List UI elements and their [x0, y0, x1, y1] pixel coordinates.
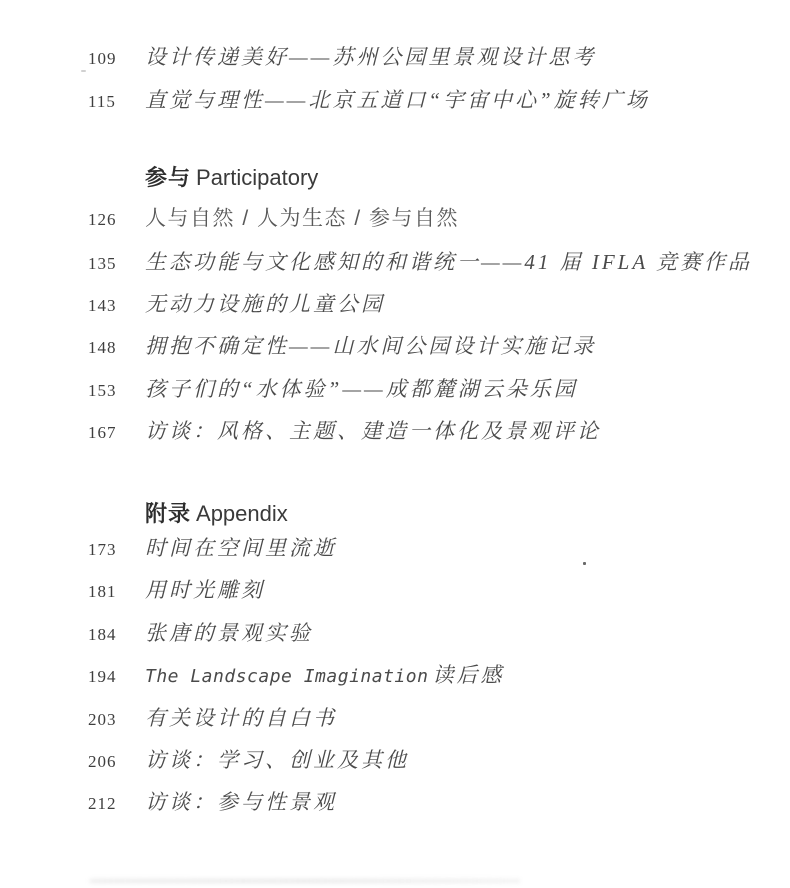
toc-entry: 203有关设计的自白书 [0, 705, 790, 734]
entry-title: 张唐的景观实验 [145, 621, 313, 645]
page-number: 126 [88, 207, 145, 233]
entry-title-english: The Landscape Imagination [145, 666, 428, 687]
toc-entry: 135生态功能与文化感知的和谐统一——41 届 IFLA 竞赛作品 [0, 249, 790, 278]
section-header: 参与Participatory [145, 164, 318, 195]
page-number: 194 [88, 664, 145, 690]
page-number: 206 [88, 749, 145, 775]
toc-entry: 184张唐的景观实验 [0, 620, 790, 649]
page-number: 135 [88, 251, 145, 277]
page-number: 184 [88, 622, 145, 648]
entry-title: 时间在空间里流逝 [145, 536, 337, 560]
page-number: 173 [88, 537, 145, 563]
entry-title: 访谈：风格、主题、建造一体化及景观评论 [145, 419, 601, 443]
page-number: 143 [88, 293, 145, 319]
page-number: 203 [88, 707, 145, 733]
entry-title: 用时光雕刻 [145, 578, 265, 602]
toc-entry: 194The Landscape Imagination 读后感 [0, 662, 790, 691]
scan-speck [81, 70, 86, 72]
section-header-en: Appendix [196, 501, 288, 526]
page-number: 167 [88, 420, 145, 446]
toc-page: 109设计传递美好——苏州公园里景观设计思考115直觉与理性——北京五道口“宇宙… [0, 0, 790, 888]
page-number: 109 [88, 46, 145, 72]
entry-title: 有关设计的自白书 [145, 706, 337, 730]
section-header: 附录Appendix [145, 500, 288, 531]
toc-entry: 109设计传递美好——苏州公园里景观设计思考 [0, 44, 790, 73]
entry-title: 设计传递美好——苏州公园里景观设计思考 [145, 45, 596, 69]
page-number: 148 [88, 335, 145, 361]
entry-title: 生态功能与文化感知的和谐统一——41 届 IFLA 竞赛作品 [145, 250, 752, 274]
section-header-en: Participatory [196, 165, 318, 190]
toc-entry: 143无动力设施的儿童公园 [0, 291, 790, 320]
scan-smudge [90, 879, 520, 883]
page-number: 181 [88, 579, 145, 605]
toc-entry: 115直觉与理性——北京五道口“宇宙中心”旋转广场 [0, 87, 790, 116]
section-header-zh: 参与 [145, 165, 191, 190]
entry-title: 无动力设施的儿童公园 [145, 292, 385, 316]
toc-entry: 206访谈：学习、创业及其他 [0, 747, 790, 776]
entry-title: 访谈：参与性景观 [145, 790, 337, 814]
entry-title: 拥抱不确定性——山水间公园设计实施记录 [145, 334, 596, 358]
entry-title: 孩子们的“水体验”——成都麓湖云朵乐园 [145, 377, 578, 401]
toc-entry: 173时间在空间里流逝 [0, 535, 790, 564]
toc-entry: 153孩子们的“水体验”——成都麓湖云朵乐园 [0, 376, 790, 405]
toc-entry: 126人与自然 / 人为生态 / 参与自然 [0, 206, 790, 234]
toc-entry: 212访谈：参与性景观 [0, 789, 790, 818]
page-number: 153 [88, 378, 145, 404]
toc-entry: 181用时光雕刻 [0, 577, 790, 606]
section-header-zh: 附录 [145, 501, 191, 526]
page-number: 115 [88, 89, 145, 115]
scan-speck [583, 562, 586, 565]
entry-title-chinese: 读后感 [432, 663, 504, 687]
toc-entry: 148拥抱不确定性——山水间公园设计实施记录 [0, 333, 790, 362]
entry-title: 直觉与理性——北京五道口“宇宙中心”旋转广场 [145, 88, 650, 112]
toc-entry: 167访谈：风格、主题、建造一体化及景观评论 [0, 418, 790, 447]
page-number: 212 [88, 791, 145, 817]
entry-title: 访谈：学习、创业及其他 [145, 748, 409, 772]
entry-title: 人与自然 / 人为生态 / 参与自然 [145, 207, 459, 230]
